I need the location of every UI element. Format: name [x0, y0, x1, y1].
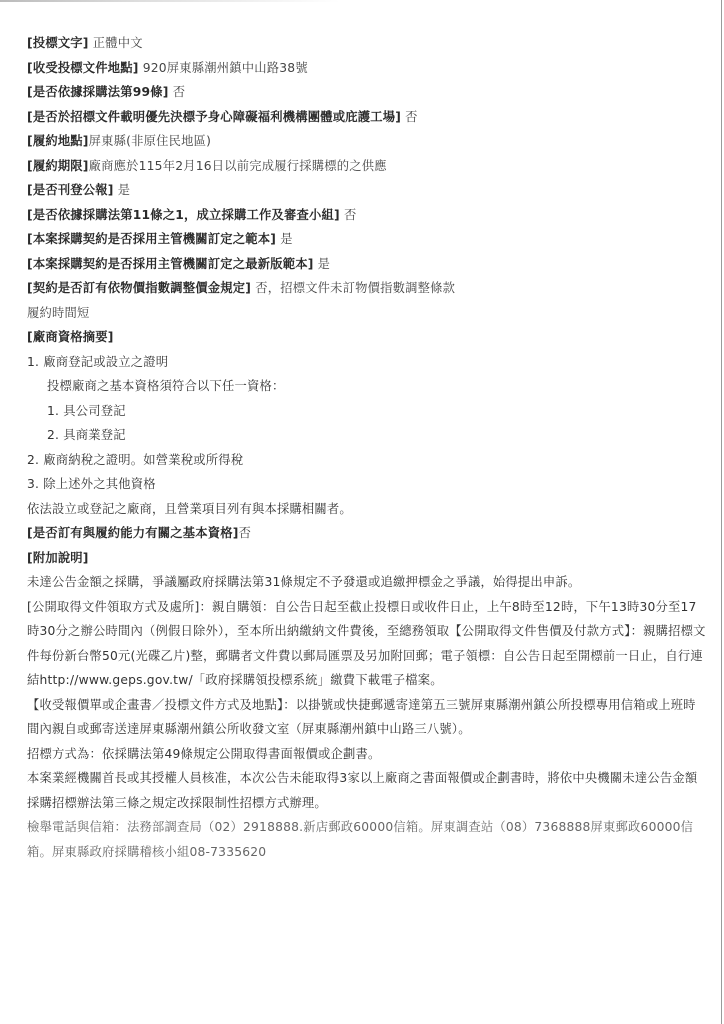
price-adjust-reason: 履約時間短	[27, 301, 707, 326]
field-contract-template: [本案採購契約是否採用主管機關訂定之範本] 是	[27, 227, 707, 252]
field-performance-location: [履約地點]屏東縣(非原住民地區)	[27, 129, 707, 154]
field-article-99: [是否依據採購法第99條] 否	[27, 80, 707, 105]
field-article-11-1: [是否依據採購法第11條之1，成立採購工作及審查小組] 否	[27, 203, 707, 228]
field-value: 否	[340, 208, 357, 222]
additional-paragraph-restricted-tender: 本案業經機關首長或其授權人員核准，本次公告未能取得3家以上廠商之書面報價或企劃書…	[27, 766, 707, 815]
field-label: [履約地點]	[27, 134, 89, 148]
scan-edge-top	[0, 0, 340, 2]
field-gazette-publication: [是否刊登公報] 是	[27, 178, 707, 203]
additional-paragraph-tender-method: 招標方式為：依採購法第49條規定公開取得書面報價或企劃書。	[27, 742, 707, 767]
additional-paragraph-bid-submission: 【收受報價單或企畫書／投標文件方式及地點】：以掛號或快捷郵遞寄達第五三號屏東縣潮…	[27, 693, 707, 742]
qualification-heading: [廠商資格摘要]	[27, 325, 707, 350]
tender-announcement-document: [投標文字] 正體中文 [收受投標文件地點] 920屏東縣潮州鎮中山路38號 […	[27, 31, 707, 864]
field-value: 正體中文	[89, 36, 143, 50]
field-performance-deadline: [履約期限]廠商應於115年2月16日以前完成履行採購標的之供應	[27, 154, 707, 179]
field-capability-qualification: [是否訂有與履約能力有關之基本資格]否	[27, 521, 707, 546]
field-value: 是	[314, 257, 331, 271]
field-value: 廠商應於115年2月16日以前完成履行採購標的之供應	[89, 159, 387, 173]
field-label: [是否依據採購法第11條之1，成立採購工作及審查小組]	[27, 208, 340, 222]
additional-paragraph: 未達公告金額之採購，爭議屬政府採購法第31條規定不予發還或追繳押標金之爭議，始得…	[27, 570, 707, 595]
scan-edge-right	[721, 0, 722, 1024]
field-value: 920屏東縣潮州鎮中山路38號	[139, 61, 308, 75]
field-value: 屏東縣(非原住民地區)	[89, 134, 211, 148]
qualification-item: 依法設立或登記之廠商，且營業項目列有與本採購相關者。	[27, 497, 707, 522]
field-label: [是否刊登公報]	[27, 183, 114, 197]
additional-paragraph-document-pickup: [公開取得文件領取方式及處所]：親自購領：自公告日起至截止投標日或收件日止，上午…	[27, 595, 707, 693]
field-value: 否	[239, 526, 252, 540]
qualification-item: 3. 除上述外之其他資格	[27, 472, 707, 497]
additional-heading: [附加說明]	[27, 546, 707, 571]
field-label: [本案採購契約是否採用主管機關訂定之最新版範本]	[27, 257, 314, 271]
field-price-index-adjustment: [契約是否訂有依物價指數調整價金規定] 否，招標文件未訂物價指數調整條款	[27, 276, 707, 301]
qualification-item: 投標廠商之基本資格須符合以下任一資格：	[27, 374, 707, 399]
field-value: 否，招標文件未訂物價指數調整條款	[251, 281, 455, 295]
field-priority-disabled-org: [是否於招標文件載明優先決標予身心障礙福利機構團體或庇護工場] 否	[27, 105, 707, 130]
field-value: 否	[169, 85, 186, 99]
field-bid-language: [投標文字] 正體中文	[27, 31, 707, 56]
field-label: [本案採購契約是否採用主管機關訂定之範本]	[27, 232, 276, 246]
field-value: 否	[401, 110, 418, 124]
additional-paragraph-whistleblower-contacts: 檢舉電話與信箱：法務部調查局（02）2918888.新店郵政60000信箱。屏東…	[27, 815, 707, 864]
qualification-item: 1. 具公司登記	[27, 399, 707, 424]
field-label: [是否訂有與履約能力有關之基本資格]	[27, 526, 239, 540]
field-label: [收受投標文件地點]	[27, 61, 139, 75]
field-label: [投標文字]	[27, 36, 89, 50]
field-label: [契約是否訂有依物價指數調整價金規定]	[27, 281, 251, 295]
field-bid-document-address: [收受投標文件地點] 920屏東縣潮州鎮中山路38號	[27, 56, 707, 81]
field-label: [是否於招標文件載明優先決標予身心障礙福利機構團體或庇護工場]	[27, 110, 401, 124]
field-value: 是	[276, 232, 293, 246]
field-value: 是	[114, 183, 131, 197]
qualification-item: 2. 廠商納稅之證明。如營業稅或所得稅	[27, 448, 707, 473]
qualification-item: 1. 廠商登記或設立之證明	[27, 350, 707, 375]
field-label: [是否依據採購法第99條]	[27, 85, 169, 99]
field-label: [履約期限]	[27, 159, 89, 173]
field-latest-contract-template: [本案採購契約是否採用主管機關訂定之最新版範本] 是	[27, 252, 707, 277]
qualification-item: 2. 具商業登記	[27, 423, 707, 448]
